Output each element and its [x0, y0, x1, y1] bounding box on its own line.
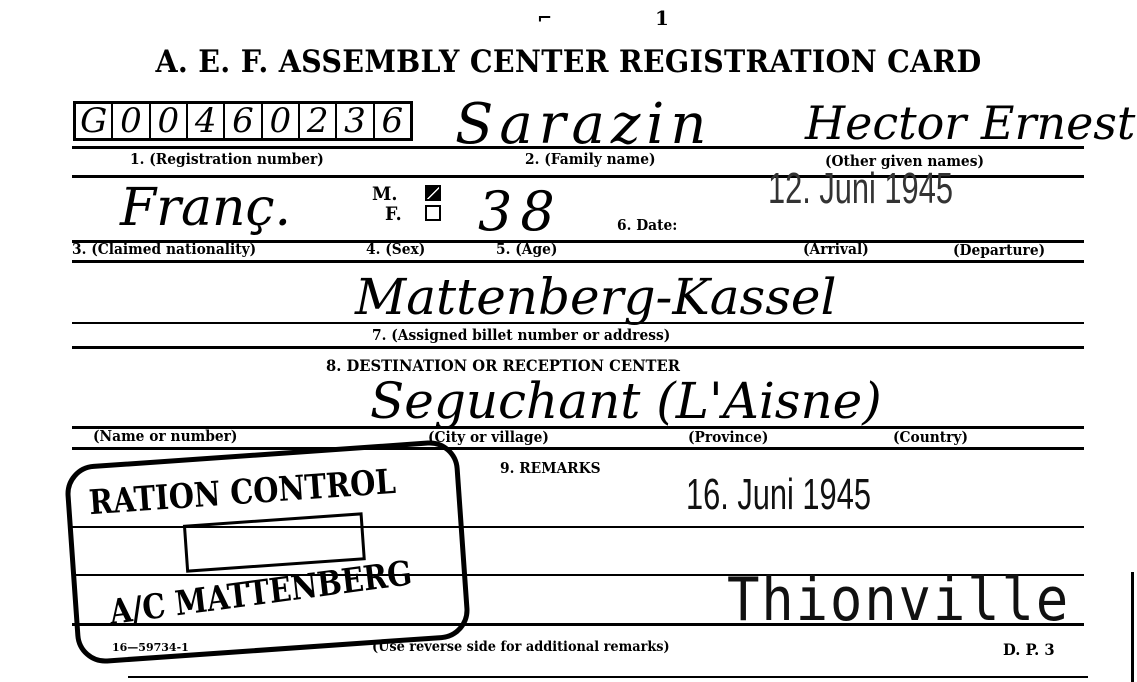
top-mark-left: ⌐	[537, 8, 552, 29]
registration-number-boxes: G 0 0 4 6 0 2 3 6	[73, 101, 413, 141]
age-label: 5. (Age)	[496, 240, 557, 258]
arrival-date-stamp: 12. Juni 1945	[768, 164, 953, 214]
reg-digit: 6	[375, 104, 410, 138]
family-name-label: 2. (Family name)	[525, 150, 656, 168]
claimed-nationality-value: Franç.	[120, 178, 291, 238]
destination-province-label: (Province)	[688, 428, 768, 446]
age-value: 38	[478, 180, 563, 243]
reg-digit: 0	[263, 104, 300, 138]
reg-digit: 2	[300, 104, 337, 138]
top-mark-right: 1	[655, 6, 669, 30]
destination-city-label: (City or village)	[428, 428, 549, 446]
rule	[72, 322, 1084, 324]
arrival-label: (Arrival)	[803, 240, 869, 258]
registration-number-label: 1. (Registration number)	[130, 150, 324, 168]
other-given-names-value: Hector Ernest	[805, 96, 1135, 150]
departure-label: (Departure)	[953, 241, 1045, 259]
destination-name-label: (Name or number)	[93, 427, 237, 445]
reg-digit: 0	[113, 104, 150, 138]
sex-option-m-label: M.	[372, 183, 397, 205]
claimed-nationality-label: 3. (Claimed nationality)	[72, 240, 256, 258]
ration-control-stamp: RATION CONTROL A/C MATTENBERG	[64, 438, 472, 665]
reg-digit: G	[76, 104, 113, 138]
sex-label: 4. (Sex)	[366, 240, 425, 258]
sex-checkbox-f[interactable]	[425, 205, 441, 221]
rule	[72, 260, 1084, 263]
destination-country-label: (Country)	[893, 428, 968, 446]
reg-digit: 0	[151, 104, 188, 138]
sex-checkbox-m[interactable]	[425, 185, 441, 201]
rule	[128, 676, 1088, 678]
reg-digit: 4	[188, 104, 225, 138]
card-title: A. E. F. ASSEMBLY CENTER REGISTRATION CA…	[45, 44, 1091, 80]
date-label: 6. Date:	[617, 216, 677, 234]
rule	[72, 146, 1084, 149]
destination-value: Seguchant (L'Aisne)	[370, 372, 882, 430]
reg-digit: 6	[225, 104, 262, 138]
rule	[72, 346, 1084, 349]
remarks-label: 9. REMARKS	[500, 459, 601, 477]
remarks-date-stamp: 16. Juni 1945	[686, 470, 871, 520]
rule	[72, 447, 1084, 450]
sex-option-f-label: F.	[385, 203, 402, 225]
billet-value: Mattenberg-Kassel	[355, 268, 836, 326]
form-code: D. P. 3	[1003, 640, 1055, 659]
card-edge	[1131, 572, 1134, 682]
billet-label: 7. (Assigned billet number or address)	[372, 326, 670, 344]
reg-digit: 3	[337, 104, 374, 138]
